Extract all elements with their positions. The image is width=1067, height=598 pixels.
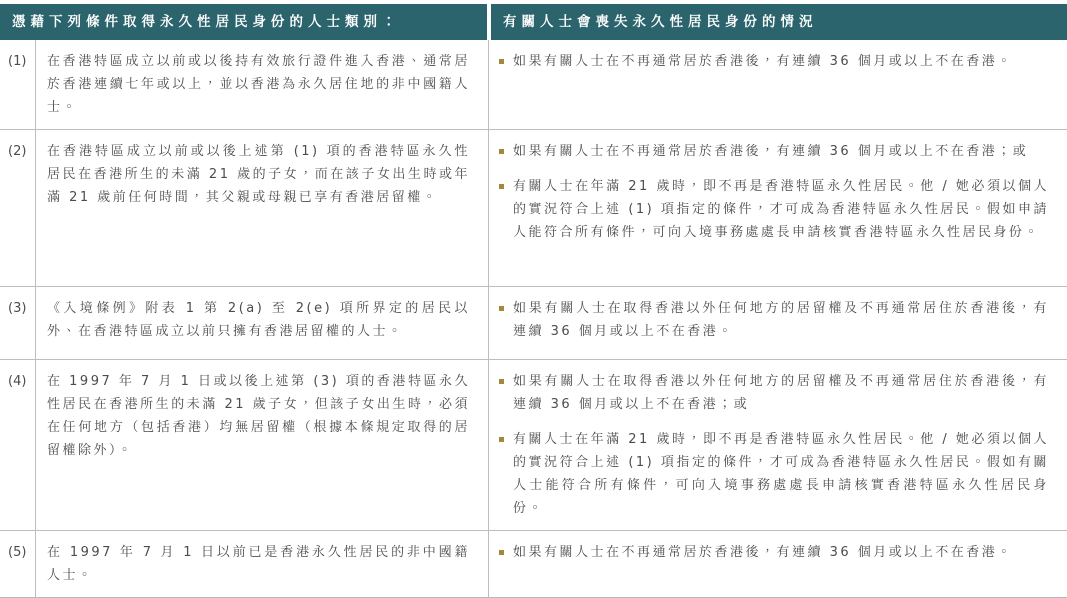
- bullet-square-icon: [499, 550, 504, 555]
- list-item: 如果有關人士在取得香港以外任何地方的居留權及不再通常居住於香港後，有連續 36 …: [499, 370, 1049, 416]
- row-number: (2): [0, 130, 36, 286]
- column-header-loss-conditions: 有關人士會喪失永久性居民身份的情況: [491, 4, 1067, 40]
- row-number: (3): [0, 287, 36, 359]
- category-cell: 《入境條例》附表 1 第 2(a) 至 2(e) 項所界定的居民以外、在香港特區…: [36, 287, 489, 359]
- table-row: (1) 在香港特區成立以前或以後持有效旅行證件進入香港、通常居於香港連續七年或以…: [0, 40, 1067, 129]
- bullet-square-icon: [499, 184, 504, 189]
- table-row: (3) 《入境條例》附表 1 第 2(a) 至 2(e) 項所界定的居民以外、在…: [0, 286, 1067, 359]
- category-cell: 在香港特區成立以前或以後上述第 (1) 項的香港特區永久性居民在香港所生的未滿 …: [36, 130, 489, 286]
- bullet-square-icon: [499, 437, 504, 442]
- list-item: 有關人士在年滿 21 歲時，即不再是香港特區永久性居民。他 / 她必須以個人的實…: [499, 175, 1049, 244]
- bullet-text: 有關人士在年滿 21 歲時，即不再是香港特區永久性居民。他 / 她必須以個人的實…: [513, 428, 1049, 520]
- category-cell: 在香港特區成立以前或以後持有效旅行證件進入香港、通常居於香港連續七年或以上，並以…: [36, 40, 489, 129]
- bullet-square-icon: [499, 306, 504, 311]
- bullet-square-icon: [499, 379, 504, 384]
- row-number: (5): [0, 531, 36, 597]
- bullet-text: 如果有關人士在取得香港以外任何地方的居留權及不再通常居住於香港後，有連續 36 …: [513, 370, 1049, 416]
- bullet-text: 有關人士在年滿 21 歲時，即不再是香港特區永久性居民。他 / 她必須以個人的實…: [513, 175, 1049, 244]
- column-header-categories: 憑藉下列條件取得永久性居民身份的人士類別：: [0, 4, 487, 40]
- list-item: 如果有關人士在不再通常居於香港後，有連續 36 個月或以上不在香港。: [499, 541, 1049, 564]
- table-row: (5) 在 1997 年 7 月 1 日以前已是香港永久性居民的非中國籍人士。 …: [0, 530, 1067, 597]
- category-cell: 在 1997 年 7 月 1 日或以後上述第 (3) 項的香港特區永久性居民在香…: [36, 360, 489, 530]
- row-number: (4): [0, 360, 36, 530]
- table-body: (1) 在香港特區成立以前或以後持有效旅行證件進入香港、通常居於香港連續七年或以…: [0, 40, 1067, 598]
- loss-conditions-cell: 如果有關人士在取得香港以外任何地方的居留權及不再通常居住於香港後，有連續 36 …: [489, 287, 1067, 359]
- table-row: (2) 在香港特區成立以前或以後上述第 (1) 項的香港特區永久性居民在香港所生…: [0, 129, 1067, 286]
- loss-conditions-cell: 如果有關人士在不再通常居於香港後，有連續 36 個月或以上不在香港；或 有關人士…: [489, 130, 1067, 286]
- list-item: 有關人士在年滿 21 歲時，即不再是香港特區永久性居民。他 / 她必須以個人的實…: [499, 428, 1049, 520]
- bullet-text: 如果有關人士在不再通常居於香港後，有連續 36 個月或以上不在香港。: [513, 50, 1049, 73]
- table-header-row: 憑藉下列條件取得永久性居民身份的人士類別： 有關人士會喪失永久性居民身份的情況: [0, 4, 1067, 40]
- loss-conditions-cell: 如果有關人士在取得香港以外任何地方的居留權及不再通常居住於香港後，有連續 36 …: [489, 360, 1067, 530]
- bullet-text: 如果有關人士在不再通常居於香港後，有連續 36 個月或以上不在香港；或: [513, 140, 1049, 163]
- row-number: (1): [0, 40, 36, 129]
- list-item: 如果有關人士在不再通常居於香港後，有連續 36 個月或以上不在香港；或: [499, 140, 1049, 163]
- loss-conditions-cell: 如果有關人士在不再通常居於香港後，有連續 36 個月或以上不在香港。: [489, 40, 1067, 129]
- bullet-text: 如果有關人士在不再通常居於香港後，有連續 36 個月或以上不在香港。: [513, 541, 1049, 564]
- list-item: 如果有關人士在不再通常居於香港後，有連續 36 個月或以上不在香港。: [499, 50, 1049, 73]
- bullet-text: 如果有關人士在取得香港以外任何地方的居留權及不再通常居住於香港後，有連續 36 …: [513, 297, 1049, 343]
- list-item: 如果有關人士在取得香港以外任何地方的居留權及不再通常居住於香港後，有連續 36 …: [499, 297, 1049, 343]
- loss-conditions-cell: 如果有關人士在不再通常居於香港後，有連續 36 個月或以上不在香港。: [489, 531, 1067, 597]
- bullet-square-icon: [499, 59, 504, 64]
- category-cell: 在 1997 年 7 月 1 日以前已是香港永久性居民的非中國籍人士。: [36, 531, 489, 597]
- table-row: (4) 在 1997 年 7 月 1 日或以後上述第 (3) 項的香港特區永久性…: [0, 359, 1067, 530]
- bullet-square-icon: [499, 149, 504, 154]
- residency-status-table: 憑藉下列條件取得永久性居民身份的人士類別： 有關人士會喪失永久性居民身份的情況 …: [0, 0, 1067, 598]
